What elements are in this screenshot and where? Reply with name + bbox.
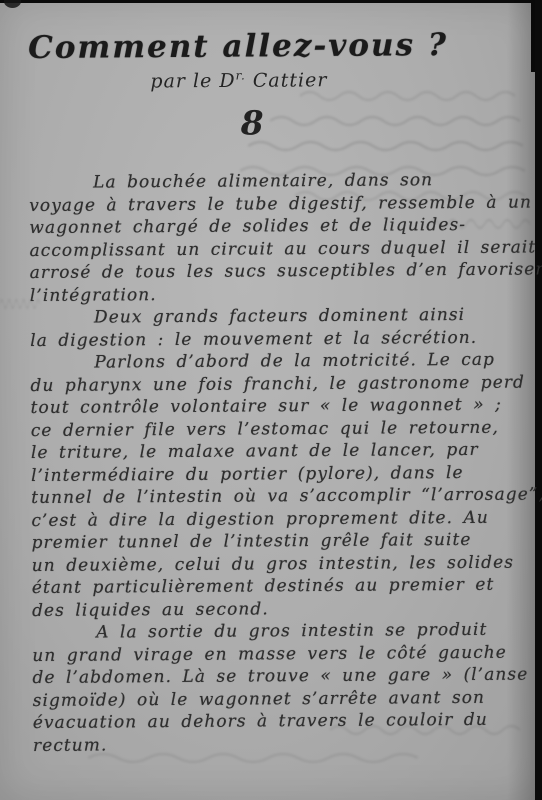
paragraph: Parlons d’abord de la motricité. Le cap … — [30, 349, 524, 622]
page-content: Comment allez-vous ? par le Dr. Cattier … — [28, 27, 525, 758]
text-line: tunnel de l’intestin où va s’accomplir “… — [31, 484, 523, 510]
paragraph: A la sortie du gros intestin se produit … — [32, 619, 525, 757]
paragraph: La bouchée alimentaire, dans son voyage … — [29, 169, 522, 307]
text-line: évacuation au dehors à travers le couloi… — [33, 709, 525, 735]
corner-ink-mark — [4, 0, 21, 8]
chapter-number: 8 — [241, 102, 521, 143]
page-title: Comment allez-vous ? — [28, 27, 520, 66]
byline-superscript: r. — [235, 68, 245, 82]
text-line: A la sortie du gros intestin se produit — [32, 619, 524, 645]
text-line: étant particulièrement destinés au premi… — [32, 574, 524, 600]
text-line: wagonnet chargé de solides et de liquide… — [29, 214, 521, 240]
text-line: de l’abdomen. Là se trouve « une gare » … — [32, 664, 524, 690]
manuscript-page: Comment allez-vous ? par le Dr. Cattier … — [0, 0, 542, 800]
text-line: premier tunnel de l’intestin grêle fait … — [32, 529, 524, 555]
text-line: arrosé de tous les sucs susceptibles d’e… — [30, 259, 522, 285]
text-line: Deux grands facteurs dominent ainsi — [30, 304, 522, 330]
paragraph: Deux grands facteurs dominent ainsi la d… — [30, 304, 522, 352]
byline-suffix: Cattier — [246, 69, 328, 92]
text-line: tout contrôle volontaire sur « le wagonn… — [31, 394, 523, 420]
text-line: rectum. — [33, 731, 525, 757]
text-line: le triture, le malaxe avant de le lancer… — [31, 439, 523, 465]
text-line: Parlons d’abord de la motricité. Le cap — [30, 349, 522, 375]
byline-prefix: par le D — [150, 70, 235, 93]
scan-edge-right — [535, 0, 542, 800]
scan-edge-top — [0, 0, 542, 3]
byline: par le Dr. Cattier — [150, 67, 520, 93]
